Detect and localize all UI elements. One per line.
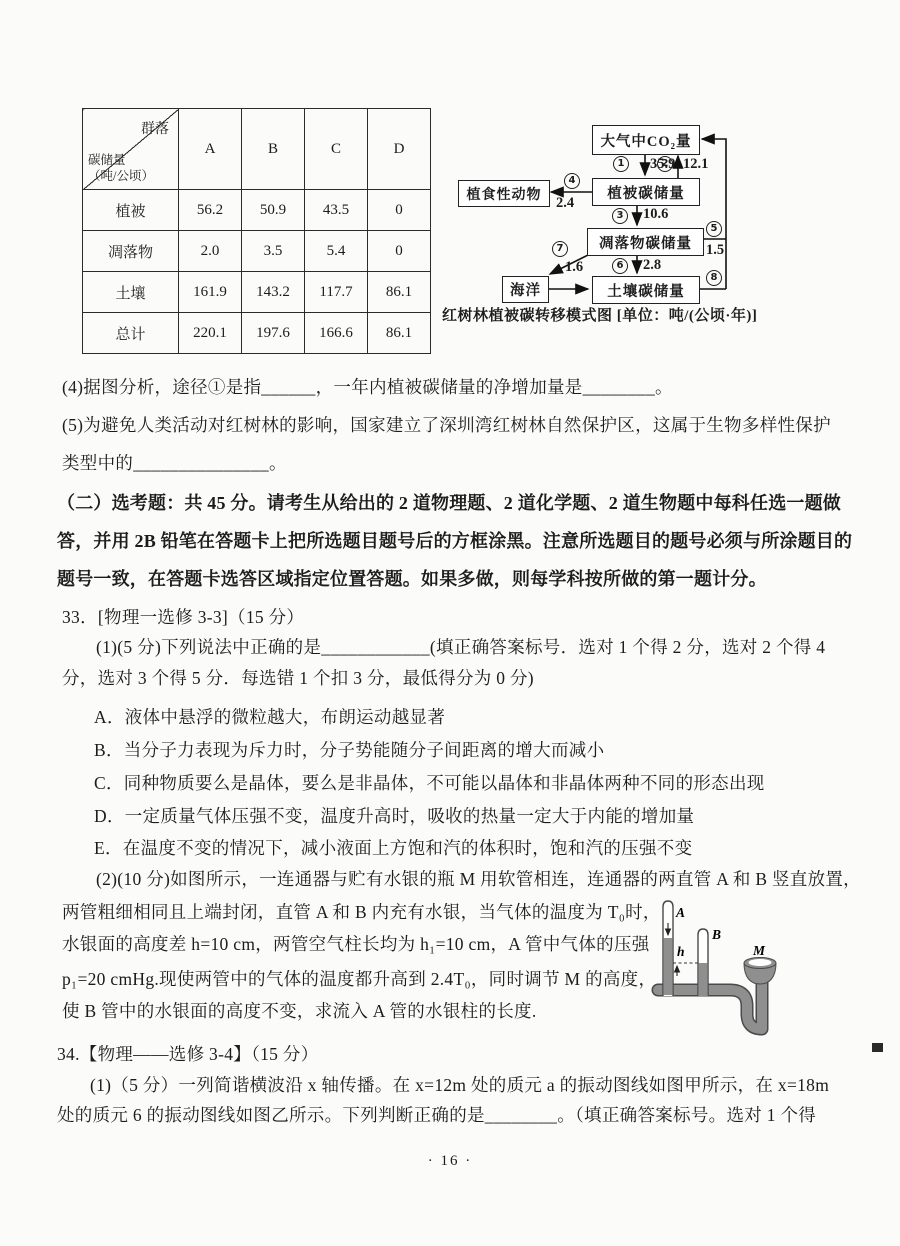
question-33-title: 33．[物理一选修 3-3]（15 分）	[62, 604, 304, 629]
column-header: D	[368, 109, 431, 190]
table-row: 总计 220.1 197.6 166.6 86.1	[83, 313, 431, 354]
q33-part2-line3: 水银面的高度差 h=10 cm，两管空气柱长均为 h₁=10 cm，A 管中气体…	[62, 931, 650, 956]
table-cell: 86.1	[368, 272, 431, 313]
node-litter: 凋落物碳储量	[587, 228, 704, 256]
row-label: 凋落物	[83, 231, 179, 272]
q33-part1-line2: 分，选对 3 个得 5 分．每选错 1 个扣 3 分，最低得分为 0 分)	[62, 665, 534, 690]
node-soil: 土壤碳储量	[592, 276, 700, 304]
table-cell: 166.6	[305, 313, 368, 354]
table-cell: 86.1	[368, 313, 431, 354]
node-herbivore: 植食性动物	[458, 180, 550, 207]
flow-id-3: 3	[612, 208, 628, 224]
flow-value-5: 1.5	[706, 243, 724, 258]
row-label: 土壤	[83, 272, 179, 313]
q33-part2-line1: (2)(10 分)如图所示，一连通器与贮有水银的瓶 M 用软管相连，连通器的两直…	[96, 866, 861, 891]
column-header: A	[179, 109, 242, 190]
q33-option-e: E．在温度不变的情况下，减小液面上方饱和汽的体积时，饱和汽的压强不变	[94, 835, 692, 860]
section-2-line3: 题号一致，在答题卡选答区域指定位置答题。如果多做，则每学科按所做的第一题计分。	[57, 565, 767, 591]
table-cell: 50.9	[242, 190, 305, 231]
node-vegetation: 植被碳储量	[592, 178, 700, 206]
carbon-storage-table: 群落 碳储量 （吨/公顷） A B C D 植被 56.2 50.9 43.5 …	[82, 108, 431, 354]
node-ocean: 海洋	[502, 276, 549, 303]
table-row: 土壤 161.9 143.2 117.7 86.1	[83, 272, 431, 313]
flow-id-7: 7	[552, 241, 568, 257]
q33-option-b: B．当分子力表现为斥力时，分子势能随分子间距离的增大而减小	[94, 737, 604, 762]
table-cell: 56.2	[179, 190, 242, 231]
question-5-line1: (5)为避免人类活动对红树林的影响，国家建立了深圳湾红树林自然保护区，这属于生物…	[62, 412, 831, 437]
q33-part2-line4: p₁=20 cmHg.现使两管中的气体的温度都升高到 2.4T₀，同时调节 M …	[62, 966, 656, 991]
section-2-line1: （二）选考题：共 45 分。请考生从给出的 2 道物理题、2 道化学题、2 道生…	[57, 489, 841, 515]
q34-part1-line1: (1)（5 分）一列简谐横波沿 x 轴传播。在 x=12m 处的质元 a 的振动…	[90, 1072, 829, 1097]
row-label: 总计	[83, 313, 179, 354]
diagram-caption: 红树林植被碳转移模式图 [单位：吨/(公顷·年)]	[442, 304, 757, 325]
label-height-h: h	[677, 944, 685, 959]
label-tube-b: B	[711, 927, 721, 942]
q33-option-a: A．液体中悬浮的微粒越大，布朗运动越显著	[94, 704, 445, 729]
flow-id-5: 5	[706, 221, 722, 237]
q33-option-d: D．一定质量气体压强不变，温度升高时，吸收的热量一定大于内能的增加量	[94, 803, 694, 828]
diagonal-header-bottom: 碳储量 （吨/公顷）	[88, 152, 154, 185]
table-cell: 117.7	[305, 272, 368, 313]
tube-b-mercury	[699, 963, 708, 996]
flow-value-4: 2.4	[556, 196, 574, 211]
diag-bottom-line2: （吨/公顷）	[88, 169, 154, 183]
q33-part1-line1: (1)(5 分)下列说法中正确的是____________(填正确答案标号．选对…	[96, 634, 825, 659]
table-cell: 2.0	[179, 231, 242, 272]
table-cell: 5.4	[305, 231, 368, 272]
q33-part2-line5: 使 B 管中的水银面的高度不变，求流入 A 管的水银柱的长度.	[62, 998, 537, 1023]
column-header: B	[242, 109, 305, 190]
question-4-line: (4)据图分析，途径①是指______，一年内植被碳储量的净增加量是______…	[62, 374, 673, 399]
connected-tubes-figure: A B M h	[650, 893, 870, 1058]
table-cell: 143.2	[242, 272, 305, 313]
flow-value-6: 2.8	[643, 258, 661, 273]
ink-smudge	[872, 1043, 883, 1052]
flow-value-7: 1.6	[565, 260, 583, 275]
table-cell: 43.5	[305, 190, 368, 231]
carbon-flow-diagram: 大气中CO₂量 植被碳储量 植食性动物 凋落物碳储量 海洋 土壤碳储量 1 35…	[450, 112, 845, 347]
table-cell: 0	[368, 190, 431, 231]
label-tube-a: A	[675, 905, 685, 920]
table-diagonal-header: 群落 碳储量 （吨/公顷）	[83, 109, 179, 190]
section-2-line2: 答，并用 2B 铅笔在答题卡上把所选题目题号后的方框涂黑。注意所选题目的题号必须…	[57, 527, 852, 553]
tubes-figure-svg: A B M h	[650, 893, 870, 1058]
flow-id-6: 6	[612, 258, 628, 274]
tube-a-mercury	[664, 938, 673, 995]
question-5-line2: 类型中的_______________。	[62, 450, 287, 475]
table-row: 植被 56.2 50.9 43.5 0	[83, 190, 431, 231]
table-cell: 3.5	[242, 231, 305, 272]
row-label: 植被	[83, 190, 179, 231]
flow-id-2: 2	[657, 156, 673, 172]
table-cell: 197.6	[242, 313, 305, 354]
flow-value-3: 10.6	[643, 207, 668, 222]
node-atmosphere: 大气中CO₂量	[592, 125, 700, 155]
flow-id-8: 8	[706, 270, 722, 286]
question-34-title: 34.【物理——选修 3-4】（15 分）	[57, 1041, 319, 1066]
table-cell: 0	[368, 231, 431, 272]
exam-page: 群落 碳储量 （吨/公顷） A B C D 植被 56.2 50.9 43.5 …	[0, 0, 900, 1246]
diagonal-header-top: 群落	[141, 118, 169, 138]
flow-id-1: 1	[613, 156, 629, 172]
q33-option-c: C．同种物质要么是晶体，要么是非晶体，不可能以晶体和非晶体两种不同的形态出现	[94, 770, 765, 795]
diag-bottom-line1: 碳储量	[88, 153, 126, 167]
label-bottle-m: M	[752, 943, 766, 958]
q34-part1-line2: 处的质元 6 的振动图线如图乙所示。下列判断正确的是________。（填正确答…	[57, 1102, 816, 1127]
q33-part2-line2: 两管粗细相同且上端封闭，直管 A 和 B 内充有水银，当气体的温度为 T₀时，	[62, 899, 661, 924]
table-cell: 161.9	[179, 272, 242, 313]
flow-id-4: 4	[564, 173, 580, 189]
table-row: 凋落物 2.0 3.5 5.4 0	[83, 231, 431, 272]
bottle-opening	[749, 959, 772, 966]
flow-value-2: 12.1	[683, 157, 708, 172]
page-number: · 16 ·	[0, 1153, 900, 1170]
table-cell: 220.1	[179, 313, 242, 354]
column-header: C	[305, 109, 368, 190]
